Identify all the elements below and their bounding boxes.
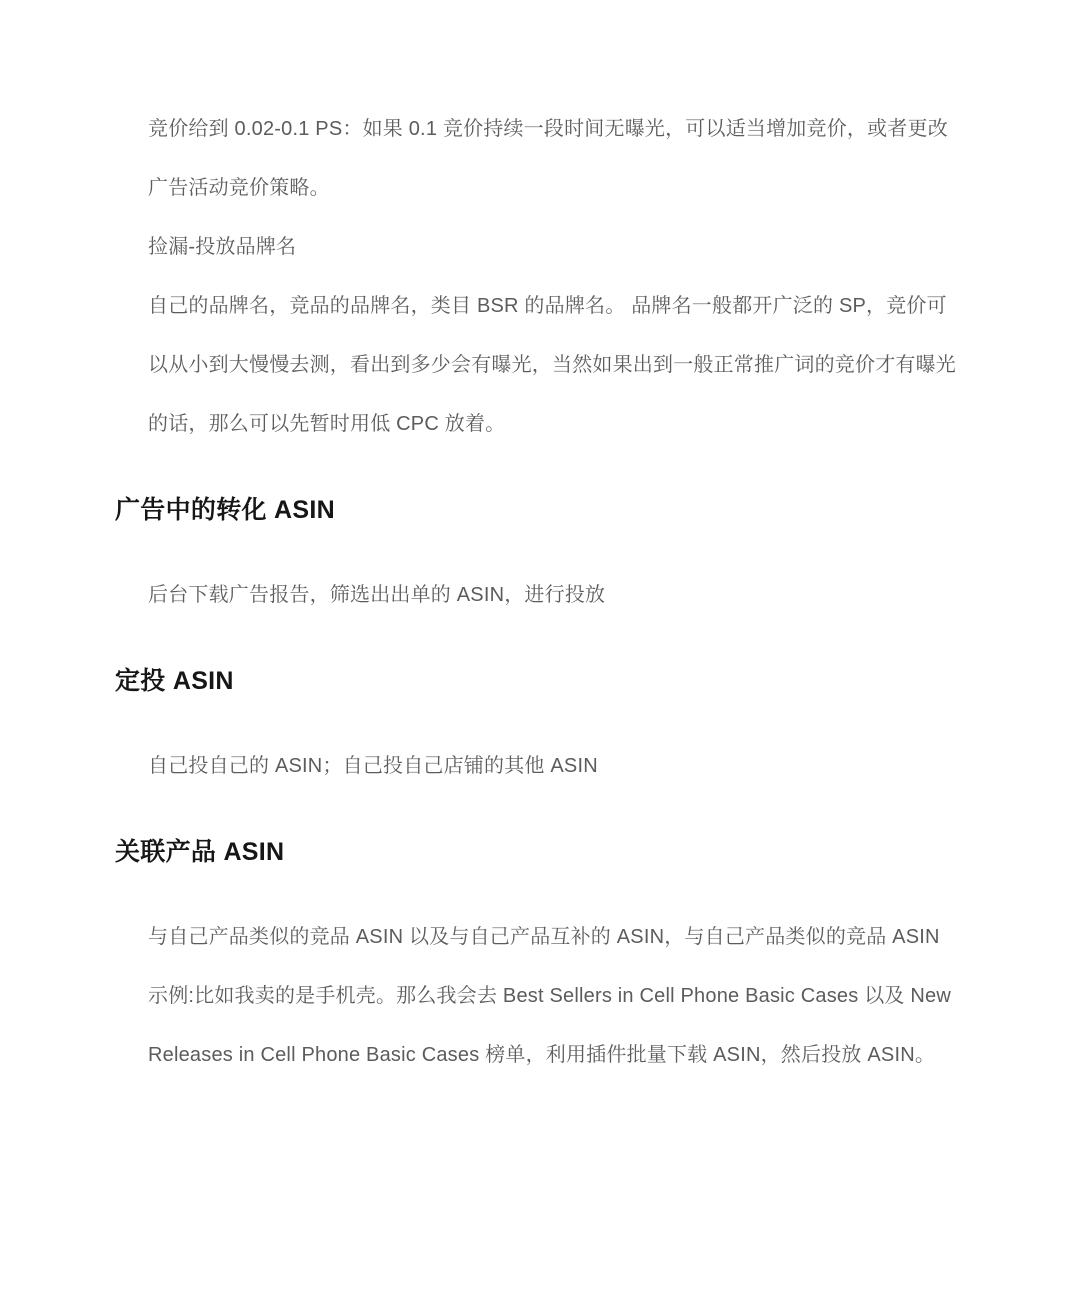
paragraph-line: 与自己产品类似的竞品 ASIN 以及与自己产品互补的 ASIN，与自己产品类似的… [148,908,970,967]
paragraph-line: Releases in Cell Phone Basic Cases 榜单，利用… [148,1026,970,1085]
section-heading-converted-asin: 广告中的转化 ASIN [115,492,970,528]
section-heading-fixed-target-asin: 定投 ASIN [115,663,970,699]
paragraph-brand-name-detail: 自己的品牌名，竞品的品牌名，类目 BSR 的品牌名。 品牌名一般都开广泛的 SP… [148,277,970,454]
paragraph-line: 自己投自己的 ASIN；自己投自己店铺的其他 ASIN [148,737,970,796]
paragraph-line: 竞价给到 0.02-0.1 PS：如果 0.1 竞价持续一段时间无曝光，可以适当… [148,100,970,159]
paragraph-related-product-asin: 与自己产品类似的竞品 ASIN 以及与自己产品互补的 ASIN，与自己产品类似的… [148,908,970,1085]
paragraph-line: 捡漏-投放品牌名 [148,218,970,277]
section-heading-related-product-asin: 关联产品 ASIN [115,834,970,870]
paragraph-line: 示例:比如我卖的是手机壳。那么我会去 Best Sellers in Cell … [148,967,970,1026]
paragraph-fixed-target-asin: 自己投自己的 ASIN；自己投自己店铺的其他 ASIN [148,737,970,796]
paragraph-brand-name-intro: 捡漏-投放品牌名 [148,218,970,277]
paragraph-line: 广告活动竞价策略。 [148,159,970,218]
paragraph-line: 以从小到大慢慢去测，看出到多少会有曝光，当然如果出到一般正常推广词的竞价才有曝光 [148,336,970,395]
paragraph-line: 的话，那么可以先暂时用低 CPC 放着。 [148,395,970,454]
paragraph-bidding-tip: 竞价给到 0.02-0.1 PS：如果 0.1 竞价持续一段时间无曝光，可以适当… [148,100,970,218]
article-page: 竞价给到 0.02-0.1 PS：如果 0.1 竞价持续一段时间无曝光，可以适当… [0,0,1080,1300]
paragraph-line: 自己的品牌名，竞品的品牌名，类目 BSR 的品牌名。 品牌名一般都开广泛的 SP… [148,277,970,336]
paragraph-line: 后台下载广告报告，筛选出出单的 ASIN，进行投放 [148,566,970,625]
paragraph-converted-asin: 后台下载广告报告，筛选出出单的 ASIN，进行投放 [148,566,970,625]
